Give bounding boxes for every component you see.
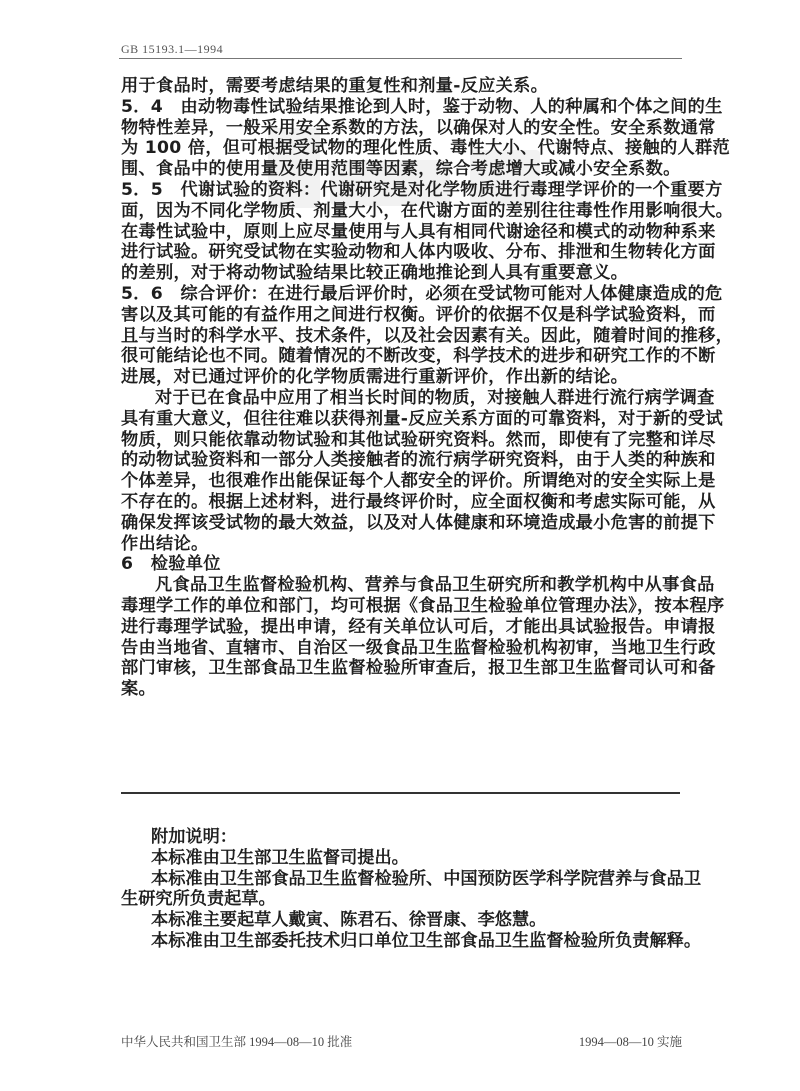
text-line: 在毒性试验中，原则上应尽量使用与人具有相同代谢途径和模式的动物种系来 [121,222,681,243]
text-line: 的差别，对于将动物试验结果比较正确地推论到人具有重要意义。 [121,263,681,284]
text-line: 告由当地省、直辖市、自治区一级食品卫生监督检验机构初审，当地卫生行政 [121,638,681,659]
notes-title: 附加说明： [121,827,681,848]
text-line: 围、食品中的使用量及使用范围等因素，综合考虑增大或减小安全系数。 [121,159,681,180]
document-page: GB 15193.1—1994 用于食品时，需要考虑结果的重复性和剂量-反应关系… [0,0,800,1091]
note-line: 本标准由卫生部委托技术归口单位卫生部食品卫生监督检验所负责解释。 [121,931,681,952]
paragraph-start-line: 凡食品卫生监督检验机构、营养与食品卫生研究所和教学机构中从事食品 [121,575,681,596]
text-line: 用于食品时，需要考虑结果的重复性和剂量-反应关系。 [121,76,681,97]
note-line: 本标准由卫生部食品卫生监督检验所、中国预防医学科学院营养与食品卫 [121,869,681,890]
text-line: 部门审核，卫生部食品卫生监督检验所审查后，报卫生部卫生监督司认可和备 [121,658,681,679]
note-line: 本标准由卫生部卫生监督司提出。 [121,848,681,869]
text-line: 确保发挥该受试物的最大效益，以及对人体健康和环境造成最小危害的前提下 [121,513,681,534]
additional-notes: 附加说明： 本标准由卫生部卫生监督司提出。 本标准由卫生部食品卫生监督检验所、中… [121,827,681,952]
clause-5-4-heading-line: 5．4 由动物毒性试验结果推论到人时，鉴于动物、人的种属和个体之间的生 [121,97,681,118]
text-line: 为 100 倍，但可根据受试物的理化性质、毒性大小、代谢特点、接触的人群范 [121,138,681,159]
note-line: 本标准主要起草人戴寅、陈君石、徐晋康、李悠慧。 [121,910,681,931]
text-line: 进展，对已通过评价的化学物质需进行重新评价，作出新的结论。 [121,367,681,388]
text-line: 很可能结论也不同。随着情况的不断改变，科学技术的进步和研究工作的不断 [121,346,681,367]
section-6-heading: 6 检验单位 [121,554,681,575]
text-line: 物特性差异，一般采用安全系数的方法，以确保对人的安全性。安全系数通常 [121,118,681,139]
text-line: 进行毒理学试验，提出申请，经有关单位认可后，才能出具试验报告。申请报 [121,617,681,638]
clause-5-5-heading-line: 5．5 代谢试验的资料：代谢研究是对化学物质进行毒理学评价的一个重要方 [121,180,681,201]
text-line: 个体差异，也很难作出能保证每个人都安全的评价。所谓绝对的安全实际上是 [121,471,681,492]
notes-separator-rule [121,792,680,794]
standard-code-header: GB 15193.1—1994 [121,42,223,57]
text-line: 毒理学工作的单位和部门，均可根据《食品卫生检验单位管理办法》，按本程序 [121,596,681,617]
approval-footer: 中华人民共和国卫生部 1994—08—10 批准 [121,1032,352,1050]
text-line: 物质，则只能依靠动物试验和其他试验研究资料。然而，即使有了完整和详尽 [121,430,681,451]
implementation-footer: 1994—08—10 实施 [579,1032,682,1050]
text-line: 案。 [121,679,681,700]
text-line: 害以及其可能的有益作用之间进行权衡。评价的依据不仅是科学试验资料，而 [121,305,681,326]
note-line: 生研究所负责起草。 [121,889,681,910]
body-text: 用于食品时，需要考虑结果的重复性和剂量-反应关系。 5．4 由动物毒性试验结果推… [121,76,681,700]
text-line: 且与当时的科学水平、技术条件，以及社会因素有关。因此，随着时间的推移， [121,326,681,347]
text-line: 作出结论。 [121,534,681,555]
paragraph-start-line: 对于已在食品中应用了相当长时间的物质，对接触人群进行流行病学调查 [121,388,681,409]
text-line: 具有重大意义，但往往难以获得剂量-反应关系方面的可靠资料，对于新的受试 [121,409,681,430]
header-rule [119,58,682,59]
clause-5-6-heading-line: 5．6 综合评价：在进行最后评价时，必须在受试物可能对人体健康造成的危 [121,284,681,305]
text-line: 面，因为不同化学物质、剂量大小，在代谢方面的差别往往毒性作用影响很大。 [121,201,681,222]
text-line: 进行试验。研究受试物在实验动物和人体内吸收、分布、排泄和生物转化方面 [121,242,681,263]
text-line: 的动物试验资料和一部分人类接触者的流行病学研究资料，由于人类的种族和 [121,450,681,471]
text-line: 不存在的。根据上述材料，进行最终评价时，应全面权衡和考虑实际可能，从 [121,492,681,513]
